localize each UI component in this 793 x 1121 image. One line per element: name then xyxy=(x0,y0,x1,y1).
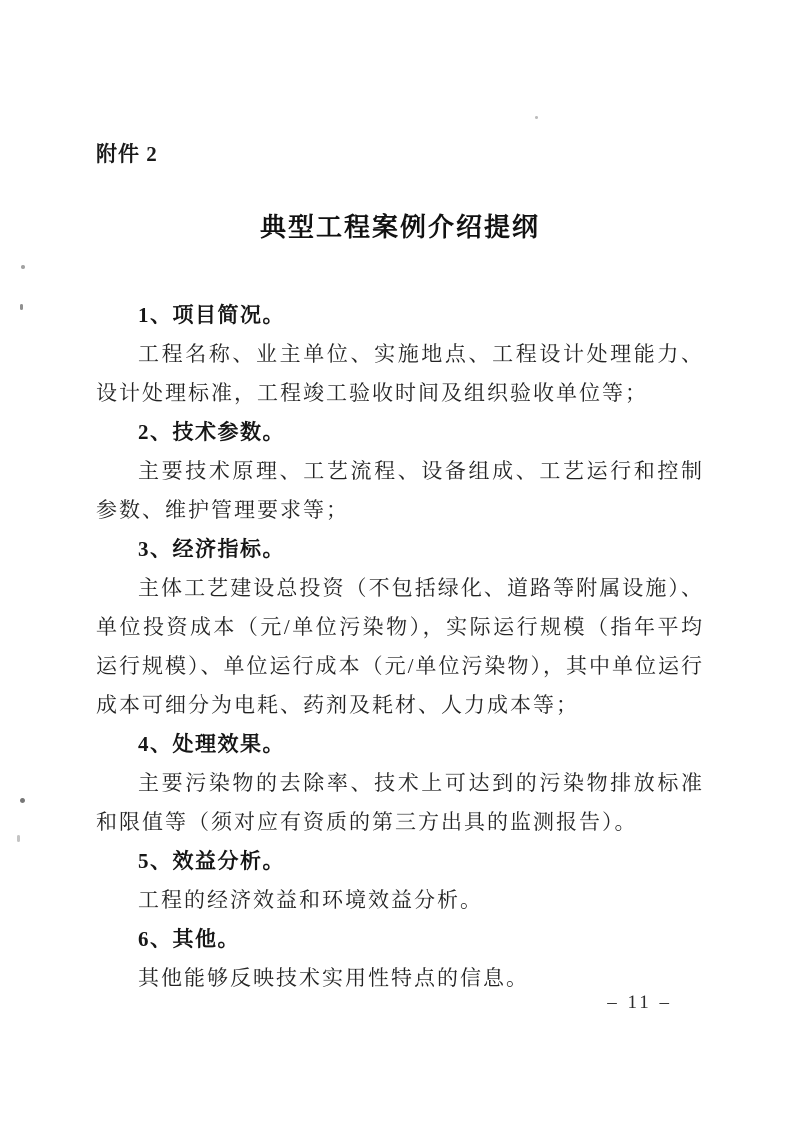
scan-artifact xyxy=(21,265,25,269)
attachment-label: 附件 2 xyxy=(96,140,704,168)
section-heading: 4、处理效果。 xyxy=(96,725,704,764)
scan-artifact xyxy=(20,798,25,803)
section-heading: 2、技术参数。 xyxy=(96,413,704,452)
section-economic-indicators: 3、经济指标。 主体工艺建设总投资（不包括绿化、道路等附属设施）、单位投资成本（… xyxy=(96,530,704,725)
scan-artifact xyxy=(535,116,538,119)
section-body: 主要技术原理、工艺流程、设备组成、工艺运行和控制参数、维护管理要求等； xyxy=(96,452,704,530)
scan-artifact xyxy=(20,304,23,310)
section-heading: 5、效益分析。 xyxy=(96,842,704,881)
document-title: 典型工程案例介绍提纲 xyxy=(96,210,704,246)
section-body: 工程的经济效益和环境效益分析。 xyxy=(96,881,704,920)
section-body: 工程名称、业主单位、实施地点、工程设计处理能力、设计处理标准，工程竣工验收时间及… xyxy=(96,335,704,413)
section-technical-parameters: 2、技术参数。 主要技术原理、工艺流程、设备组成、工艺运行和控制参数、维护管理要… xyxy=(96,413,704,530)
section-other: 6、其他。 其他能够反映技术实用性特点的信息。 xyxy=(96,920,704,998)
section-heading: 6、其他。 xyxy=(96,920,704,959)
section-heading: 3、经济指标。 xyxy=(96,530,704,569)
scan-artifact xyxy=(17,835,20,842)
page-number: – 11 – xyxy=(607,992,672,1014)
section-body: 主体工艺建设总投资（不包括绿化、道路等附属设施）、单位投资成本（元/单位污染物）… xyxy=(96,569,704,725)
section-treatment-effect: 4、处理效果。 主要污染物的去除率、技术上可达到的污染物排放标准和限值等（须对应… xyxy=(96,725,704,842)
section-heading: 1、项目简况。 xyxy=(96,296,704,335)
outline-sections: 1、项目简况。 工程名称、业主单位、实施地点、工程设计处理能力、设计处理标准，工… xyxy=(96,296,704,998)
document-page: 附件 2 典型工程案例介绍提纲 1、项目简况。 工程名称、业主单位、实施地点、工… xyxy=(96,140,704,998)
section-body: 主要污染物的去除率、技术上可达到的污染物排放标准和限值等（须对应有资质的第三方出… xyxy=(96,764,704,842)
section-project-overview: 1、项目简况。 工程名称、业主单位、实施地点、工程设计处理能力、设计处理标准，工… xyxy=(96,296,704,413)
section-benefit-analysis: 5、效益分析。 工程的经济效益和环境效益分析。 xyxy=(96,842,704,920)
